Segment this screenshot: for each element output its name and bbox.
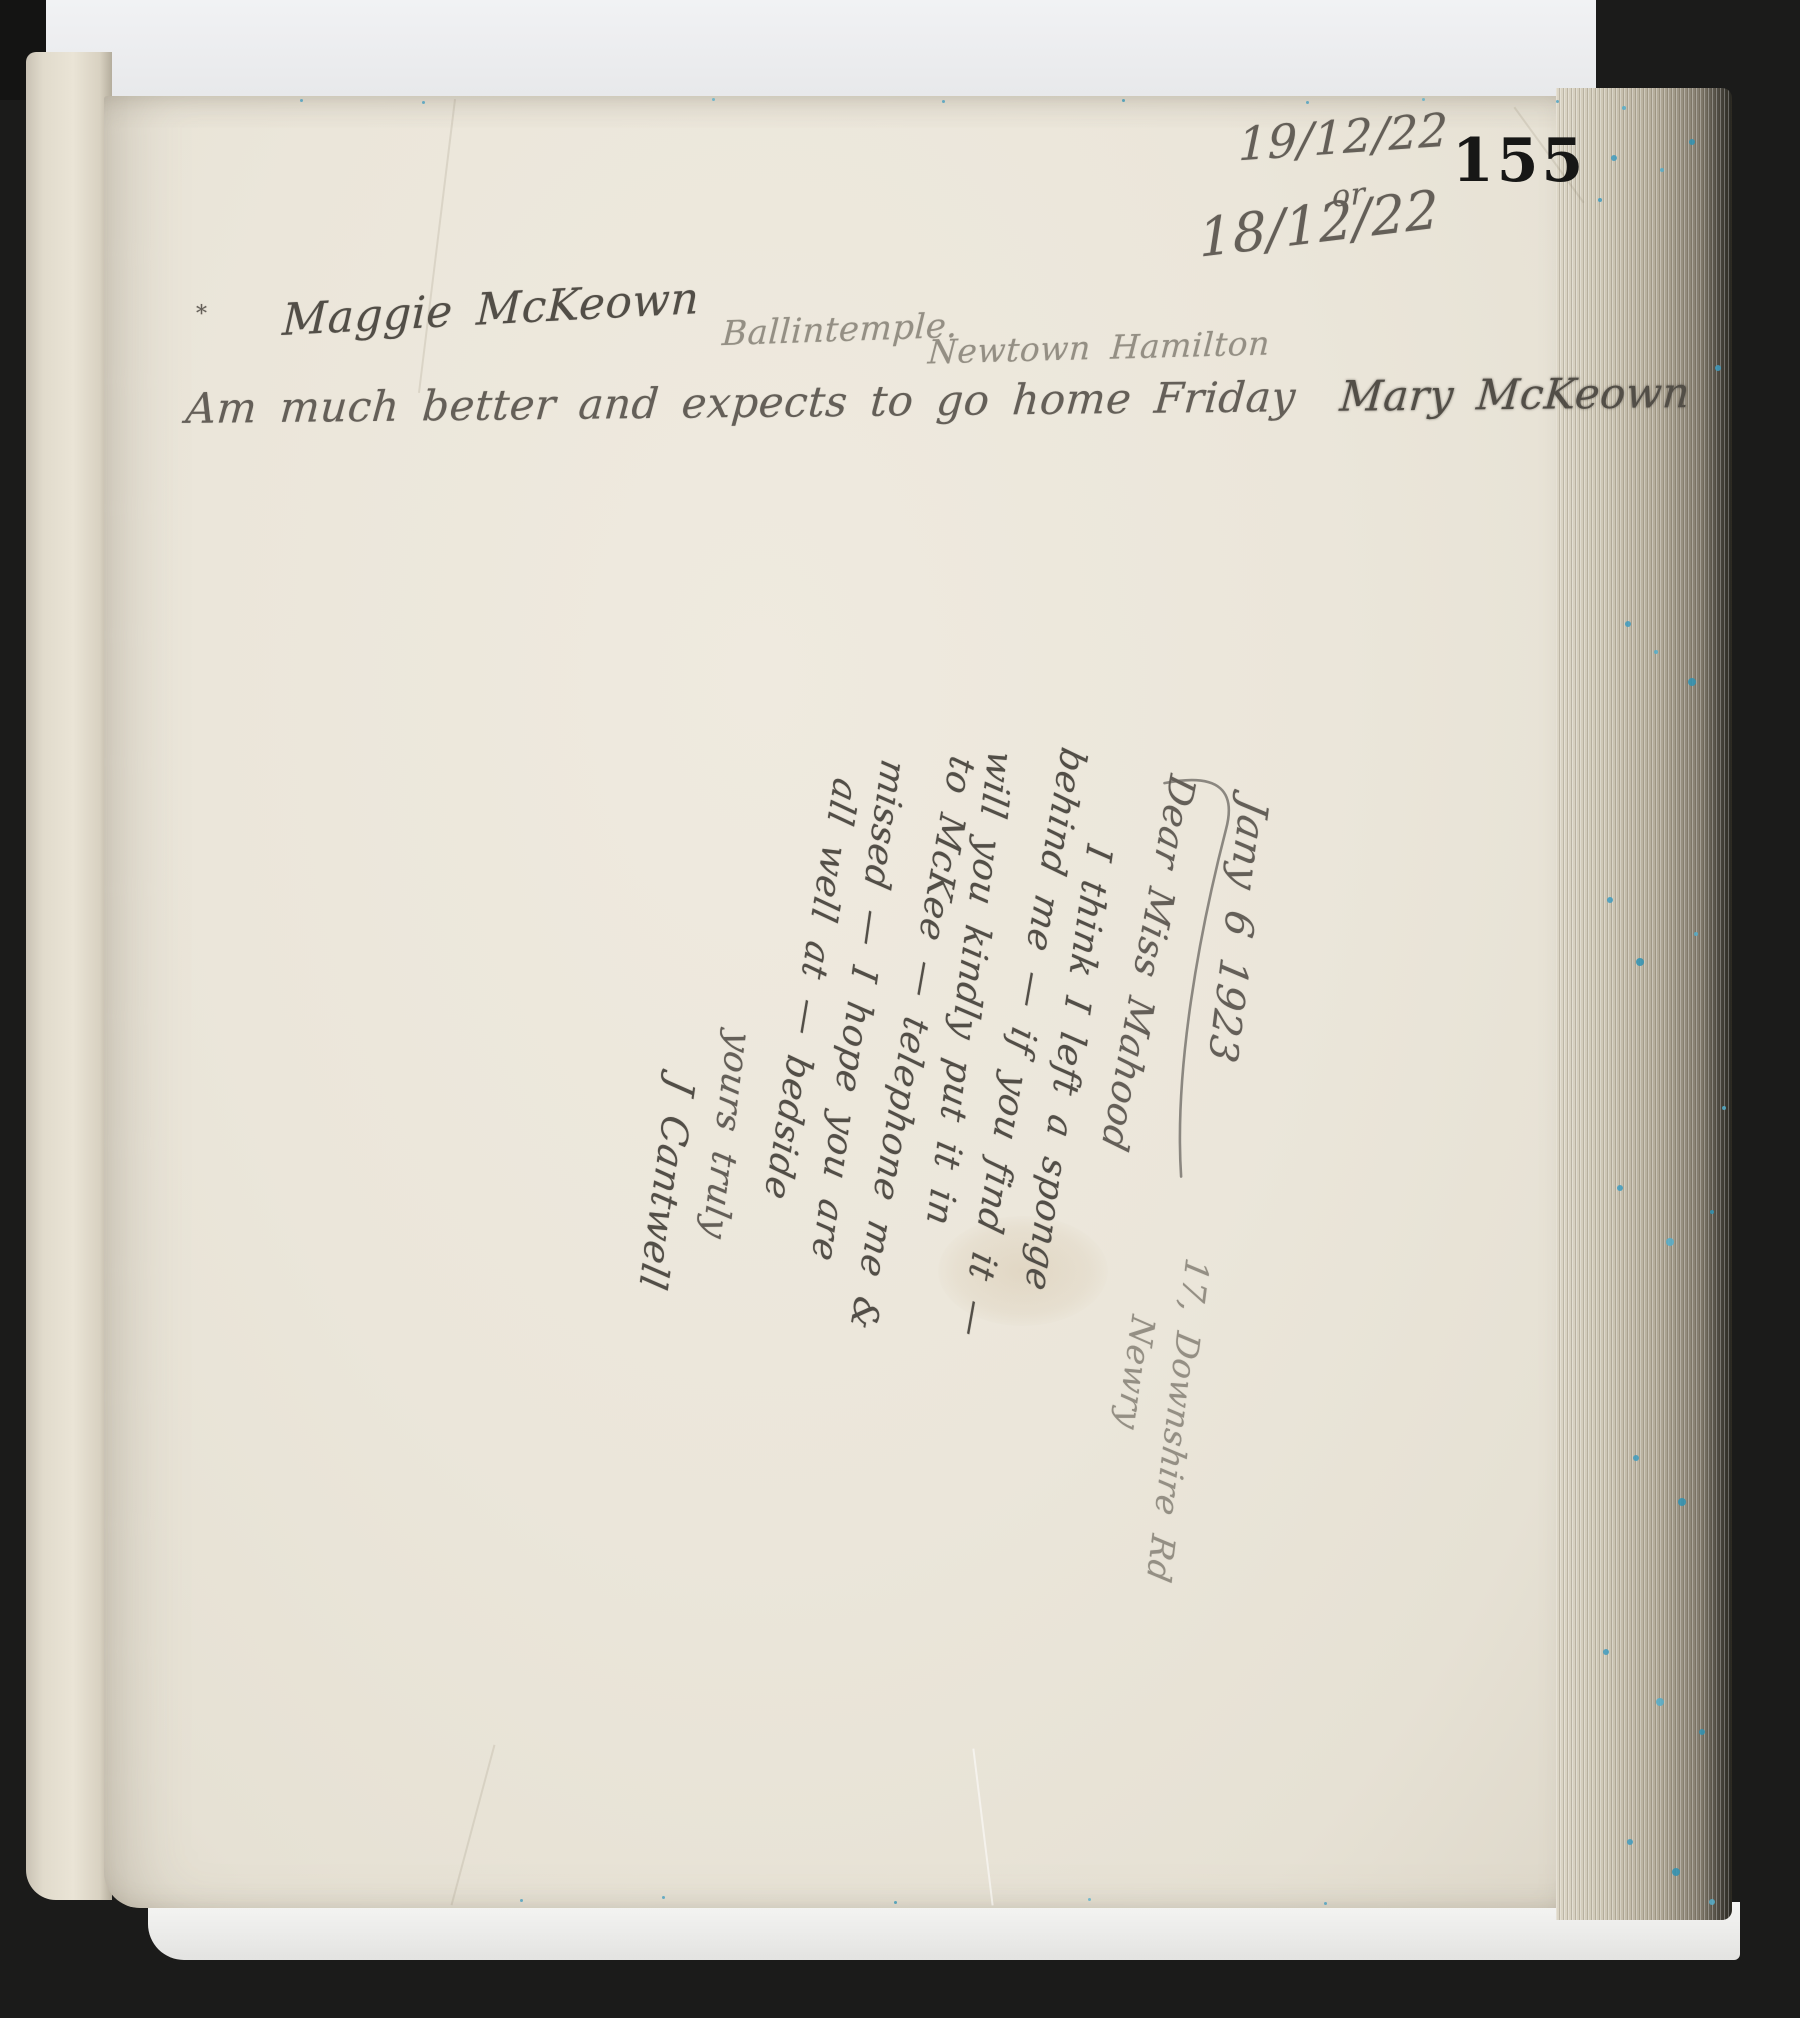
inscription-mark: * [196,302,208,327]
book-scan: { "scan": { "page_number": "155", "date_… [0,0,1800,2018]
printed-page-number: 155 [1452,126,1586,196]
letter-address-line-2: Newry [1108,1312,1163,1434]
page-top-ink-specks [300,99,303,102]
fore-edge-ink-specks [1598,198,1602,202]
scanner-top-strip [44,0,1596,104]
endpaper-bottom-edge [148,1902,1740,1960]
book-fore-edge [1556,88,1732,1920]
previous-page-edge [26,52,112,1900]
inscription-place-1: Ballintemple. [721,306,958,354]
inscription-place-1-text: Ballintemple. [721,306,959,354]
page-bottom-ink-specks [662,1896,665,1899]
inscription-signature: Mary McKeown [1338,368,1692,421]
